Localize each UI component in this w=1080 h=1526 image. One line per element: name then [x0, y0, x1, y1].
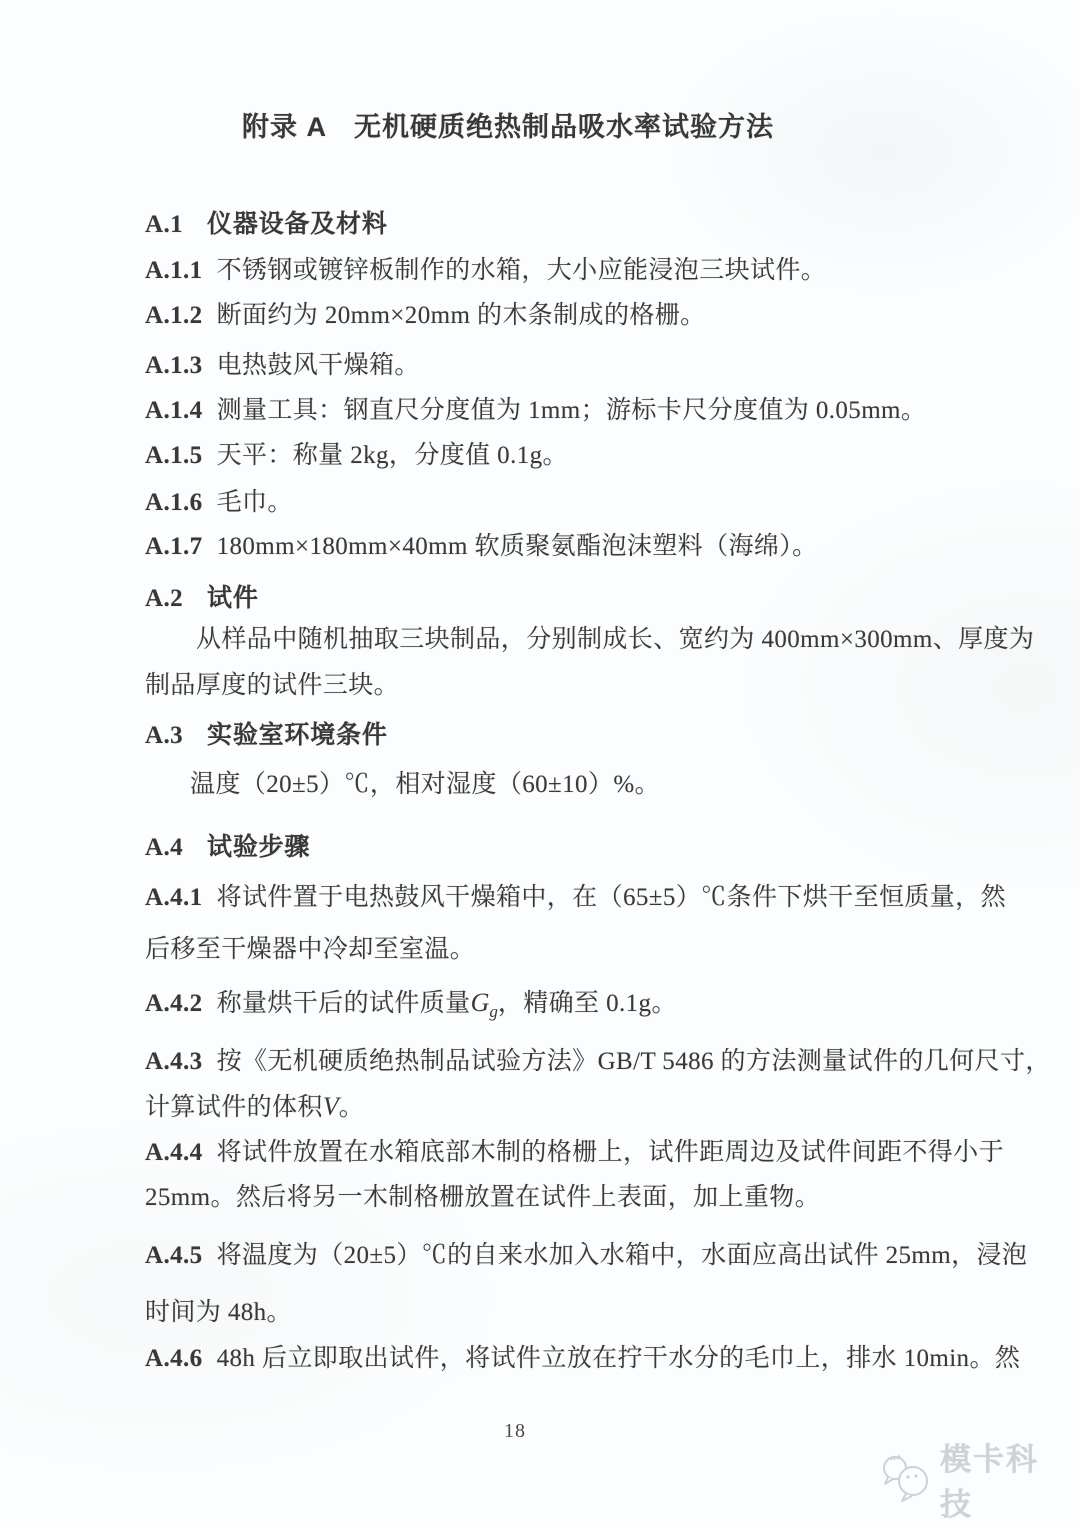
item-a4-4-line1-text: 将试件放置在水箱底部木制的格栅上，试件距周边及试件间距不得小于	[217, 1139, 1004, 1166]
variable-V: V	[323, 1092, 339, 1121]
section-a3-heading: 实验室环境条件	[207, 721, 388, 749]
item-a4-3-line1-text: 按《无机硬质绝热制品试验方法》GB/T 5486 的方法测量试件的几何尺寸，	[217, 1048, 1051, 1075]
section-a3: A.3实验室环境条件	[145, 723, 388, 748]
item-a1-7: A.1.7180mm×180mm×40mm 软质聚氨酯泡沫塑料（海绵）。	[145, 534, 818, 559]
item-a1-6-text: 毛巾。	[217, 489, 293, 516]
item-a4-5-line2-text: 时间为 48h。	[145, 1299, 292, 1326]
item-a1-5-text: 天平：称量 2kg，分度值 0.1g。	[217, 442, 568, 469]
section-a4-heading: 试验步骤	[207, 833, 310, 861]
paragraph-a2-line2-text: 制品厚度的试件三块。	[145, 672, 399, 699]
item-a1-3-text: 电热鼓风干燥箱。	[217, 352, 420, 379]
item-a4-5-number: A.4.5	[145, 1242, 203, 1269]
variable-G-subscript: g	[489, 1002, 498, 1021]
item-a4-3-number: A.4.3	[145, 1048, 203, 1075]
section-a2-number: A.2	[145, 585, 183, 612]
paragraph-a2-line1: 从样品中随机抽取三块制品，分别制成长、宽约为 400mm×300mm、厚度为	[196, 627, 1034, 652]
item-a4-4-line1: A.4.4将试件放置在水箱底部木制的格栅上，试件距周边及试件间距不得小于	[145, 1140, 1004, 1165]
item-a1-1-number: A.1.1	[145, 257, 203, 284]
item-a4-3-line2-pre: 计算试件的体积	[145, 1094, 323, 1121]
section-a1-number: A.1	[145, 211, 183, 238]
item-a1-7-number: A.1.7	[145, 533, 203, 560]
watermark-text: 模卡科技	[940, 1434, 1060, 1524]
section-a4-number: A.4	[145, 834, 183, 861]
item-a1-3: A.1.3电热鼓风干燥箱。	[145, 353, 420, 378]
item-a4-6-number: A.4.6	[145, 1345, 203, 1372]
item-a1-4-text: 测量工具：钢直尺分度值为 1mm；游标卡尺分度值为 0.05mm。	[217, 397, 927, 424]
item-a1-4-number: A.1.4	[145, 397, 203, 424]
section-a1: A.1仪器设备及材料	[145, 212, 388, 237]
paragraph-a3-line1-text: 温度（20±5）℃，相对湿度（60±10）%。	[190, 771, 660, 798]
item-a4-5-line1: A.4.5将温度为（20±5）℃的自来水加入水箱中，水面应高出试件 25mm，浸…	[145, 1243, 1027, 1268]
section-a2: A.2试件	[145, 586, 259, 611]
item-a4-2-number: A.4.2	[145, 990, 203, 1017]
chat-bubbles-icon	[880, 1450, 934, 1509]
watermark: 模卡科技	[880, 1448, 1060, 1510]
item-a4-1-line2: 后移至干燥器中冷却至室温。	[145, 937, 475, 962]
item-a4-4-line2: 25mm。然后将另一木制格栅放置在试件上表面，加上重物。	[145, 1185, 820, 1210]
section-a4: A.4试验步骤	[145, 835, 310, 860]
item-a1-7-text: 180mm×180mm×40mm 软质聚氨酯泡沫塑料（海绵）。	[217, 533, 818, 560]
scan-speck: 、	[766, 112, 782, 128]
paragraph-a2-line2: 制品厚度的试件三块。	[145, 673, 399, 698]
item-a4-5-line2: 时间为 48h。	[145, 1300, 292, 1325]
item-a4-6: A.4.648h 后立即取出试件，将试件立放在拧干水分的毛巾上，排水 10min…	[145, 1346, 1020, 1371]
item-a4-1-line1-text: 将试件置于电热鼓风干燥箱中，在（65±5）℃条件下烘干至恒质量，然	[217, 884, 1006, 911]
item-a4-1-line1: A.4.1将试件置于电热鼓风干燥箱中，在（65±5）℃条件下烘干至恒质量，然	[145, 885, 1006, 910]
item-a4-6-text: 48h 后立即取出试件，将试件立放在拧干水分的毛巾上，排水 10min。然	[217, 1345, 1021, 1372]
item-a1-2-number: A.1.2	[145, 302, 203, 329]
variable-G: G	[471, 988, 490, 1017]
item-a1-4: A.1.4测量工具：钢直尺分度值为 1mm；游标卡尺分度值为 0.05mm。	[145, 398, 926, 423]
item-a4-4-number: A.4.4	[145, 1139, 203, 1166]
item-a1-3-number: A.1.3	[145, 352, 203, 379]
item-a4-4-line2-text: 25mm。然后将另一木制格栅放置在试件上表面，加上重物。	[145, 1184, 820, 1211]
item-a1-1-text: 不锈钢或镀锌板制作的水箱，大小应能浸泡三块试件。	[217, 257, 827, 284]
item-a1-2-text: 断面约为 20mm×20mm 的木条制成的格栅。	[217, 302, 706, 329]
paragraph-a2-line1-text: 从样品中随机抽取三块制品，分别制成长、宽约为 400mm×300mm、厚度为	[196, 626, 1034, 653]
appendix-title: 附录 A 无机硬质绝热制品吸水率试验方法	[242, 114, 774, 141]
item-a1-5-number: A.1.5	[145, 442, 203, 469]
item-a4-5-line1-text: 将温度为（20±5）℃的自来水加入水箱中，水面应高出试件 25mm，浸泡	[217, 1242, 1028, 1269]
item-a4-3-line2: 计算试件的体积V。	[145, 1094, 364, 1120]
section-a2-heading: 试件	[207, 584, 259, 612]
section-a3-number: A.3	[145, 722, 183, 749]
item-a1-6-number: A.1.6	[145, 489, 203, 516]
item-a1-2: A.1.2断面约为 20mm×20mm 的木条制成的格栅。	[145, 303, 706, 328]
item-a4-3-line2-post: 。	[339, 1094, 364, 1121]
item-a4-1-line2-text: 后移至干燥器中冷却至室温。	[145, 936, 475, 963]
item-a4-3-line1: A.4.3按《无机硬质绝热制品试验方法》GB/T 5486 的方法测量试件的几何…	[145, 1049, 1051, 1074]
section-a1-heading: 仪器设备及材料	[207, 210, 388, 238]
page-number: 18	[504, 1421, 526, 1441]
item-a4-2: A.4.2称量烘干后的试件质量Gg，精确至 0.1g。	[145, 990, 677, 1020]
item-a1-5: A.1.5天平：称量 2kg，分度值 0.1g。	[145, 443, 568, 468]
item-a4-1-number: A.4.1	[145, 884, 203, 911]
item-a1-1: A.1.1不锈钢或镀锌板制作的水箱，大小应能浸泡三块试件。	[145, 258, 826, 283]
document-page: 附录 A 无机硬质绝热制品吸水率试验方法 、 A.1仪器设备及材料 A.1.1不…	[0, 0, 1080, 1526]
item-a4-2-text-pre: 称量烘干后的试件质量	[217, 990, 471, 1017]
paragraph-a3-line1: 温度（20±5）℃，相对湿度（60±10）%。	[190, 772, 660, 797]
item-a4-2-text-post: ，精确至 0.1g。	[498, 990, 677, 1017]
item-a1-6: A.1.6毛巾。	[145, 490, 293, 515]
